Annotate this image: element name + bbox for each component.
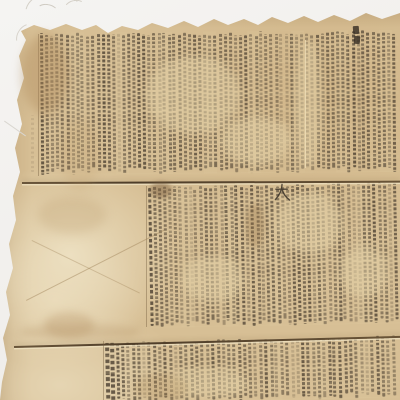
text-column <box>344 338 348 394</box>
text-column <box>338 337 342 399</box>
text-column <box>341 186 347 319</box>
faded-ink-patch <box>146 56 241 134</box>
text-column <box>346 34 350 172</box>
text-column <box>336 31 340 169</box>
text-column <box>332 338 336 396</box>
text-column <box>269 339 273 397</box>
crease-line <box>31 240 139 294</box>
text-column <box>306 339 310 396</box>
text-column <box>381 337 385 397</box>
crease-line <box>305 40 306 168</box>
paper-stain <box>246 204 264 248</box>
faded-ink-patch <box>220 116 292 164</box>
text-column <box>199 186 205 326</box>
text-column <box>184 187 190 327</box>
text-column <box>224 186 230 321</box>
large-character-da <box>274 183 291 202</box>
text-column <box>393 183 399 319</box>
text-column <box>341 32 345 167</box>
text-column <box>291 342 295 399</box>
text-column <box>158 187 164 327</box>
text-column <box>110 343 115 400</box>
text-column <box>383 183 389 322</box>
text-column <box>386 337 390 395</box>
crease-line <box>26 230 165 301</box>
text-column <box>366 31 370 169</box>
text-column <box>260 186 266 321</box>
text-column <box>117 33 121 172</box>
text-column <box>264 340 268 398</box>
text-column <box>364 338 368 396</box>
column-rule-line <box>103 341 104 400</box>
text-column <box>107 34 111 172</box>
column-rule-line <box>146 186 147 327</box>
text-column <box>337 183 343 323</box>
text-column <box>325 31 329 169</box>
text-column <box>173 187 179 322</box>
text-column <box>253 340 257 397</box>
paper-stain <box>134 374 188 400</box>
paper-stain <box>20 324 140 340</box>
text-column <box>102 35 106 169</box>
text-column <box>178 187 184 324</box>
text-column <box>148 188 154 326</box>
text-column <box>153 186 159 326</box>
text-column <box>31 115 33 172</box>
text-column <box>312 341 316 397</box>
text-column <box>357 32 361 171</box>
text-column <box>265 184 271 322</box>
text-column <box>280 340 284 396</box>
text-column <box>112 35 116 170</box>
text-column <box>375 336 379 395</box>
margin-notes <box>31 112 37 172</box>
text-column <box>193 189 199 322</box>
text-column <box>361 30 365 169</box>
paper-stain <box>38 196 106 234</box>
text-column <box>127 33 131 168</box>
text-column <box>317 338 321 399</box>
text-column <box>214 186 220 323</box>
text-column <box>122 35 126 174</box>
text-column <box>274 342 278 397</box>
text-column <box>240 186 246 325</box>
heading-character-mark <box>353 26 360 34</box>
faded-ink-patch <box>182 256 244 302</box>
text-column <box>132 33 136 169</box>
text-column <box>142 34 146 169</box>
text-column <box>391 336 395 396</box>
text-column <box>234 186 240 322</box>
paper-stain <box>60 120 100 190</box>
text-column <box>388 182 394 322</box>
text-column <box>351 31 355 167</box>
text-column <box>331 31 335 168</box>
text-column <box>230 186 236 324</box>
text-column <box>259 340 263 400</box>
text-column <box>377 32 381 167</box>
text-column <box>220 185 226 326</box>
text-column <box>382 32 386 168</box>
text-column <box>354 337 358 397</box>
text-column <box>322 338 326 398</box>
text-column <box>290 34 294 172</box>
text-column <box>189 186 195 323</box>
text-column <box>349 339 353 393</box>
text-column <box>126 343 130 400</box>
paper-stain <box>150 182 172 198</box>
text-column <box>301 341 305 397</box>
text-column <box>387 33 391 169</box>
text-column <box>163 186 169 324</box>
text-column <box>372 31 376 169</box>
text-column <box>360 340 364 393</box>
faded-ink-patch <box>340 246 388 298</box>
text-column <box>168 189 174 326</box>
text-column <box>105 343 110 400</box>
faded-ink-patch <box>296 40 322 168</box>
text-column <box>296 339 300 394</box>
text-column <box>270 187 276 323</box>
heading-character-mark <box>354 36 361 44</box>
text-column <box>137 33 141 169</box>
manuscript-photo <box>0 0 400 400</box>
texture-layer <box>0 0 400 400</box>
text-column <box>392 33 396 171</box>
text-column <box>370 337 374 392</box>
text-column <box>248 342 252 399</box>
text-column <box>328 339 332 396</box>
text-column <box>285 342 289 396</box>
text-column <box>121 345 125 398</box>
text-column <box>116 344 120 399</box>
